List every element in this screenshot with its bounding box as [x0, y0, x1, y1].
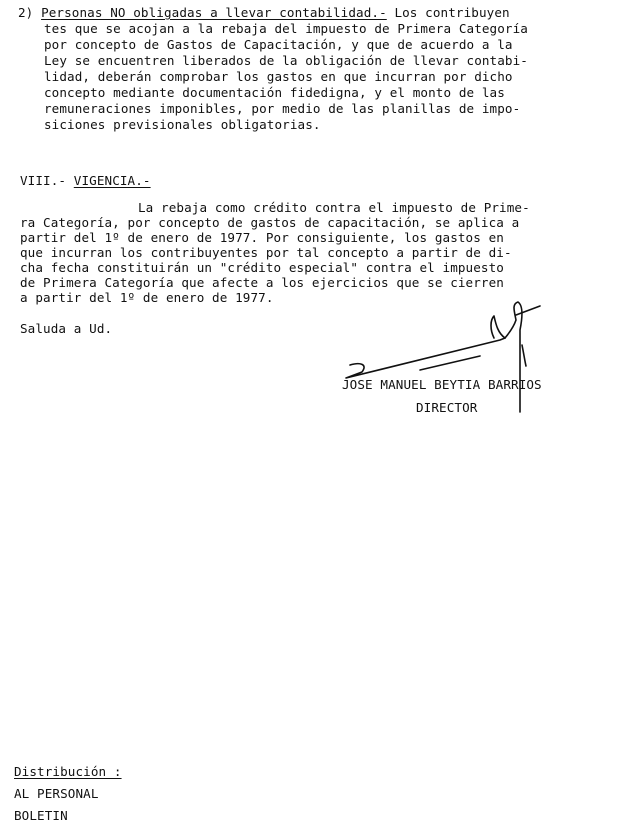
section-2-line-7: siciones previsionales obligatorias.	[44, 118, 321, 132]
section-8-line-5: de Primera Categoría que afecte a los ej…	[20, 276, 504, 290]
distribution-item-boletin: BOLETIN	[14, 809, 68, 823]
signatory-name: JOSE MANUEL BEYTIA BARRIOS	[342, 378, 542, 392]
section-2-number: 2)	[18, 5, 33, 20]
section-2-heading: Personas NO obligadas a llevar contabili…	[41, 5, 387, 20]
section-8-heading: VIGENCIA.-	[74, 173, 151, 188]
section-2-line-6: remuneraciones imponibles, por medio de …	[44, 102, 520, 116]
section-2-line-3: Ley se encuentren liberados de la obliga…	[44, 54, 528, 68]
section-2-line-4: lidad, deberán comprobar los gastos en q…	[44, 70, 513, 84]
section-2-first-line: 2) Personas NO obligadas a llevar contab…	[18, 6, 510, 20]
section-8-line-2: partir del 1º de enero de 1977. Por cons…	[20, 231, 504, 245]
distribution-heading: Distribución :	[14, 765, 122, 779]
section-8-line-4: cha fecha constituirán un "crédito espec…	[20, 261, 504, 275]
section-8-heading-line: VIII.- VIGENCIA.-	[20, 174, 151, 188]
section-8-number: VIII.-	[20, 173, 66, 188]
closing-salutation: Saluda a Ud.	[20, 322, 112, 336]
section-8-line-1: ra Categoría, por concepto de gastos de …	[20, 216, 519, 230]
section-2-line-1: tes que se acojan a la rebaja del impues…	[44, 22, 528, 36]
distribution-item-personal: AL PERSONAL	[14, 787, 99, 801]
section-2-line-0: Los contribuyen	[387, 5, 510, 20]
section-8-line-6: a partir del 1º de enero de 1977.	[20, 291, 274, 305]
section-2-line-5: concepto mediante documentación fidedign…	[44, 86, 505, 100]
signatory-title: DIRECTOR	[416, 401, 477, 415]
section-8-line-0: La rebaja como crédito contra el impuest…	[138, 201, 530, 215]
section-8-line-3: que incurran los contribuyentes por tal …	[20, 246, 512, 260]
section-2-line-2: por concepto de Gastos de Capacitación, …	[44, 38, 513, 52]
